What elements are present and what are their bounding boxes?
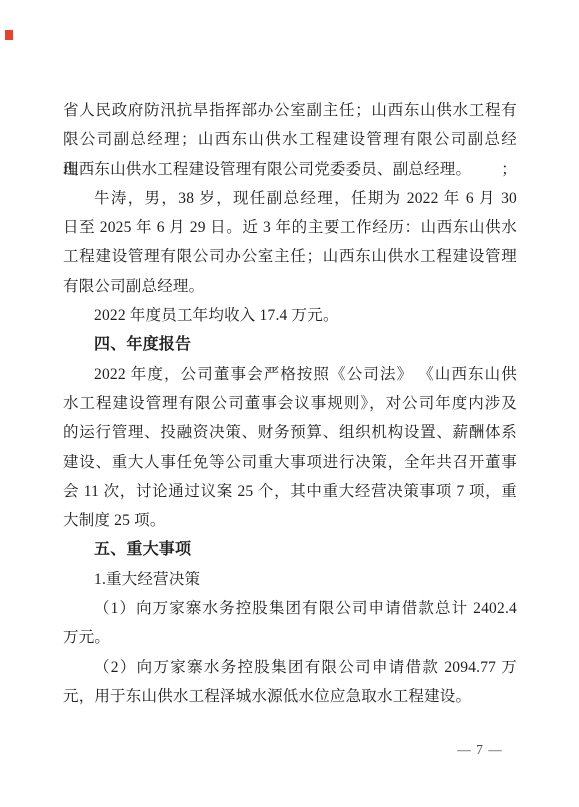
text-line: 工程建设管理有限公司办公室主任；山西东山供水工程建设管理: [63, 242, 517, 271]
text-line: （2）向万家寨水务控股集团有限公司申请借款 2094.77 万: [63, 653, 517, 682]
text-line: 建设、重大人事任免等公司重大事项进行决策，全年共召开董事: [63, 448, 517, 477]
document-page: 省人民政府防汛抗旱指挥部办公室副主任；山西东山供水工程有 限公司副总经理；山西东…: [0, 0, 579, 807]
text-line: 牛涛，男，38 岁，现任副总经理，任期为 2022 年 6 月 30: [63, 184, 517, 213]
document-body: 省人民政府防汛抗旱指挥部办公室副主任；山西东山供水工程有 限公司副总经理；山西东…: [63, 96, 517, 711]
text-line: 限公司副总经理；山西东山供水工程建设管理有限公司副总经理；: [63, 125, 517, 154]
subsection-title: 1.重大经营决策: [63, 565, 517, 594]
text-line: 省人民政府防汛抗旱指挥部办公室副主任；山西东山供水工程有: [63, 96, 517, 125]
text-line: 2022 年度，公司董事会严格按照《公司法》 《山西东山供: [63, 360, 517, 389]
text-line: 会 11 次，讨论通过议案 25 个，其中重大经营决策事项 7 项，重: [63, 477, 517, 506]
text-line: （1）向万家寨水务控股集团有限公司申请借款总计 2402.4: [63, 594, 517, 623]
red-mark-icon: [5, 30, 13, 40]
text-line: 的运行管理、投融资决策、财务预算、组织机构设置、薪酬体系: [63, 418, 517, 447]
text-line: 水工程建设管理有限公司董事会议事规则》，对公司年度内涉及: [63, 389, 517, 418]
text-line: 元，用于东山供水工程泽城水源低水位应急取水工程建设。: [63, 682, 517, 711]
page-number: — 7 —: [450, 740, 510, 760]
text-line: 大制度 25 项。: [63, 506, 517, 535]
section-heading-major-matters: 五、重大事项: [63, 535, 517, 564]
text-line: 2022 年度员工年均收入 17.4 万元。: [63, 301, 517, 330]
text-line: 有限公司副总经理。: [63, 272, 517, 301]
text-line: 万元。: [63, 623, 517, 652]
section-heading-annual-report: 四、年度报告: [63, 330, 517, 359]
text-line: 日至 2025 年 6 月 29 日。近 3 年的主要工作经历：山西东山供水: [63, 213, 517, 242]
text-line: 山西东山供水工程建设管理有限公司党委委员、副总经理。: [63, 155, 517, 184]
